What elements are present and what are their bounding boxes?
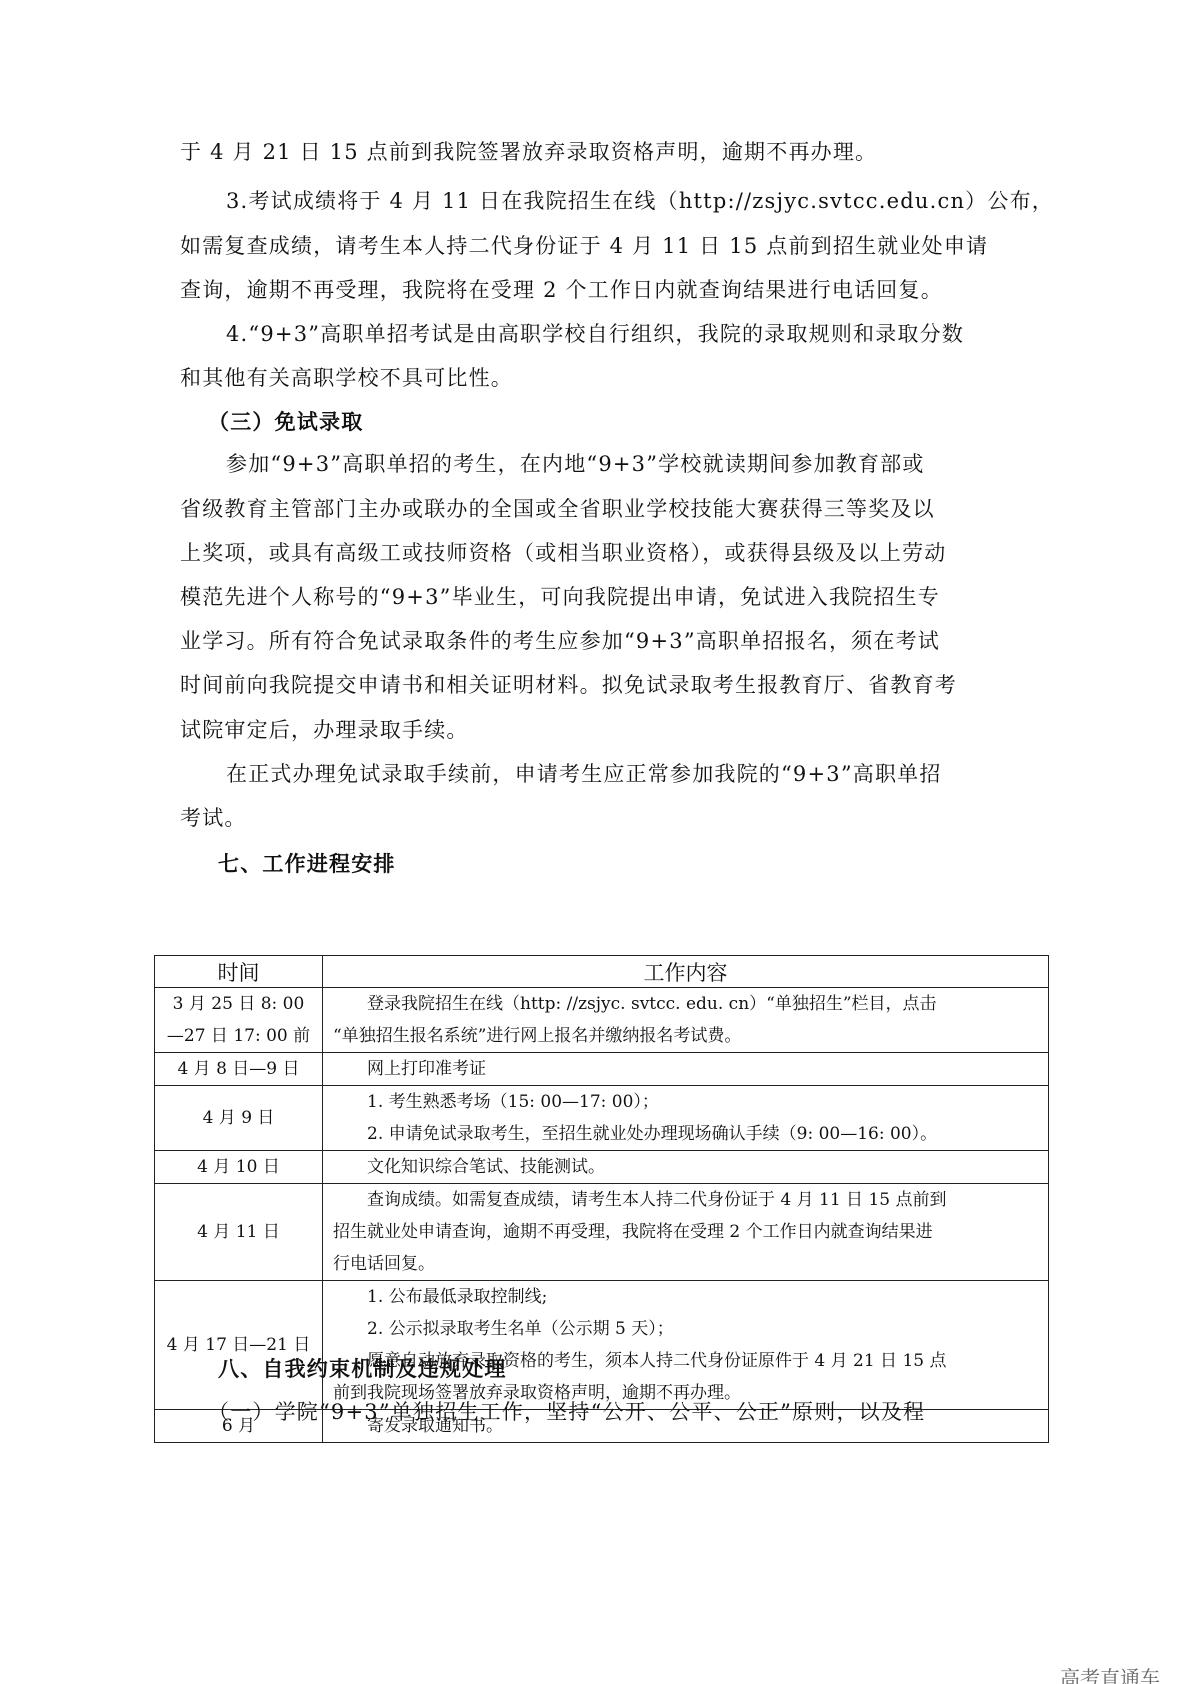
time-text: 4 月 9 日 bbox=[155, 1102, 322, 1134]
content-text: 2. 公示拟录取考生名单（公示期 5 天）； bbox=[333, 1313, 1048, 1345]
time-cell: 4 月 11 日 bbox=[155, 1184, 323, 1281]
content-cell: 1. 考生熟悉考场（15: 00—17: 00）；2. 申请免试录取考生，至招生… bbox=[323, 1086, 1049, 1151]
content-cell: 登录我院招生在线（http: //zsjyc. svtcc. edu. cn）“… bbox=[323, 988, 1049, 1053]
table-row: 4 月 17 日—21 日1. 公布最低录取控制线;2. 公示拟录取考生名单（公… bbox=[155, 1281, 1049, 1410]
body-text-line: 4.“9+3”高职单招考试是由高职学校自行组织，我院的录取规则和录取分数 bbox=[226, 318, 964, 348]
time-text: —27 日 17: 00 前 bbox=[155, 1020, 322, 1052]
time-cell: 4 月 10 日 bbox=[155, 1151, 323, 1184]
content-text: “单独招生报名系统”进行网上报名并缴纳报名考试费。 bbox=[333, 1020, 1048, 1052]
content-text: 2. 申请免试录取考生，至招生就业处办理现场确认手续（9: 00—16: 00）… bbox=[333, 1118, 1048, 1150]
subsection-heading: （三）免试录取 bbox=[208, 406, 363, 436]
content-text: 招生就业处申请查询，逾期不再受理，我院将在受理 2 个工作日内就查询结果进 bbox=[333, 1216, 1048, 1248]
content-cell: 文化知识综合笔试、技能测试。 bbox=[323, 1151, 1049, 1184]
content-cell: 网上打印准考证 bbox=[323, 1053, 1049, 1086]
body-text-line: 在正式办理免试录取手续前，申请考生应正常参加我院的“9+3”高职单招 bbox=[226, 758, 942, 788]
body-text-line: 3.考试成绩将于 4 月 11 日在我院招生在线（http://zsjyc.sv… bbox=[226, 185, 1054, 215]
time-text: 4 月 11 日 bbox=[155, 1216, 322, 1248]
body-text-line: 时间前向我院提交申请书和相关证明材料。拟免试录取考生报教育厅、省教育考 bbox=[180, 669, 957, 699]
table-row: 3 月 25 日 8: 00—27 日 17: 00 前登录我院招生在线（htt… bbox=[155, 988, 1049, 1053]
body-text-line: 和其他有关高职学校不具可比性。 bbox=[180, 362, 513, 392]
time-text: 4 月 10 日 bbox=[155, 1151, 322, 1183]
content-text: 行电话回复。 bbox=[333, 1248, 1048, 1280]
body-text-line: 上奖项，或具有高级工或技师资格（或相当职业资格），或获得县级及以上劳动 bbox=[180, 537, 947, 567]
table-row: 4 月 11 日查询成绩。如需复查成绩，请考生本人持二代身份证于 4 月 11 … bbox=[155, 1184, 1049, 1281]
content-text: 1. 公布最低录取控制线; bbox=[333, 1281, 1048, 1313]
content-cell: 1. 公布最低录取控制线;2. 公示拟录取考生名单（公示期 5 天）；愿意自动放… bbox=[323, 1281, 1049, 1410]
table-row: 4 月 9 日1. 考生熟悉考场（15: 00—17: 00）；2. 申请免试录… bbox=[155, 1086, 1049, 1151]
content-cell: 查询成绩。如需复查成绩，请考生本人持二代身份证于 4 月 11 日 15 点前到… bbox=[323, 1184, 1049, 1281]
content-text: 文化知识综合笔试、技能测试。 bbox=[333, 1151, 1048, 1183]
table-row: 4 月 8 日—9 日网上打印准考证 bbox=[155, 1053, 1049, 1086]
table-row: 4 月 10 日文化知识综合笔试、技能测试。 bbox=[155, 1151, 1049, 1184]
body-text-line: 省级教育主管部门主办或联办的全国或全省职业学校技能大赛获得三等奖及以 bbox=[180, 493, 935, 523]
time-cell: 4 月 8 日—9 日 bbox=[155, 1053, 323, 1086]
content-text: 1. 考生熟悉考场（15: 00—17: 00）； bbox=[333, 1086, 1048, 1118]
body-text-line: 于 4 月 21 日 15 点前到我院签署放弃录取资格声明，逾期不再办理。 bbox=[180, 136, 877, 166]
header-time: 时间 bbox=[155, 956, 323, 988]
body-text-line: （一）学院“9+3”单独招生工作，坚持“公开、公平、公正”原则，以及程 bbox=[208, 1396, 925, 1426]
time-text: 4 月 8 日—9 日 bbox=[155, 1053, 322, 1085]
content-text: 网上打印准考证 bbox=[333, 1053, 1048, 1085]
content-text: 登录我院招生在线（http: //zsjyc. svtcc. edu. cn）“… bbox=[333, 988, 1048, 1020]
time-cell: 3 月 25 日 8: 00—27 日 17: 00 前 bbox=[155, 988, 323, 1053]
time-text: 3 月 25 日 8: 00 bbox=[155, 988, 322, 1020]
watermark: 高考直通车 bbox=[1060, 1662, 1160, 1684]
body-text-line: 参加“9+3”高职单招的考生，在内地“9+3”学校就读期间参加教育部或 bbox=[226, 448, 925, 478]
time-cell: 4 月 17 日—21 日 bbox=[155, 1281, 323, 1410]
body-text-line: 试院审定后，办理录取手续。 bbox=[180, 714, 469, 744]
body-text-line: 查询，逾期不再受理，我院将在受理 2 个工作日内就查询结果进行电话回复。 bbox=[180, 274, 943, 304]
content-text: 查询成绩。如需复查成绩，请考生本人持二代身份证于 4 月 11 日 15 点前到 bbox=[333, 1184, 1048, 1216]
body-text-line: 模范先进个人称号的“9+3”毕业生，可向我院提出申请，免试进入我院招生专 bbox=[180, 581, 940, 611]
body-text-line: 如需复查成绩，请考生本人持二代身份证于 4 月 11 日 15 点前到招生就业处… bbox=[180, 230, 988, 260]
time-cell: 4 月 9 日 bbox=[155, 1086, 323, 1151]
header-content: 工作内容 bbox=[323, 956, 1049, 988]
body-text-line: 业学习。所有符合免试录取条件的考生应参加“9+3”高职单招报名，须在考试 bbox=[180, 625, 940, 655]
table-header-row: 时间 工作内容 bbox=[155, 956, 1049, 988]
section-heading: 八、自我约束机制及违规处理 bbox=[218, 1353, 507, 1383]
section-heading: 七、工作进程安排 bbox=[218, 848, 396, 878]
body-text-line: 考试。 bbox=[180, 802, 247, 832]
